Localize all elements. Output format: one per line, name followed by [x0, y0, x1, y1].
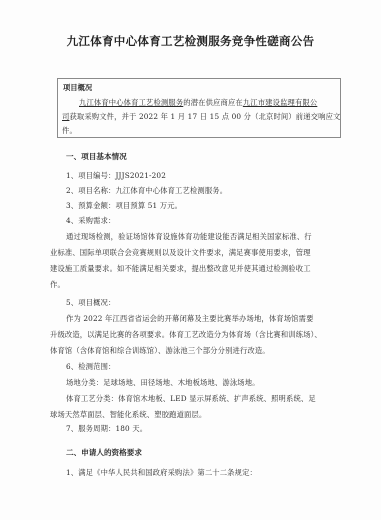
budget-amount: 3、预算金额：项目预算 51 万元。 [66, 201, 182, 211]
section1-heading: 一、项目基本情况 [66, 151, 127, 162]
service-period: 7、服务周期：180 天。 [66, 424, 147, 434]
document-page: 九江体育中心体育工艺检测服务竞争性磋商公告 项目概况 九江体育中心体育工艺检测服… [0, 0, 381, 520]
procurement-needs-heading: 4、采购需求： [66, 216, 115, 226]
scope-heading: 6、检测范围： [66, 362, 115, 372]
procurement-needs-l2: 业标准、国际单项联合会竞赛规则以及设计文件要求，满足赛事使用要求，管理 [50, 248, 311, 258]
procurement-needs-l4: 作。 [50, 280, 65, 290]
overview-line-2: 司获取采购文件，并于 2022 年 1 月 17 日 15 点 00 分（北京时… [62, 112, 340, 122]
scope-systems-l1: 体育工艺分类：体育馆木地板、LED 显示屏系统、扩声系统、照明系统、足 [66, 394, 316, 404]
procurement-needs-l3: 建设施工质量要求。如不能满足相关要求，提出整改意见并使其通过检测验收工 [50, 264, 311, 274]
overview-line-3: 件。 [62, 126, 77, 136]
project-overview-l3: 体育馆（含体育馆和综合训练馆）、游泳池三个部分分别进行改造。 [50, 346, 270, 356]
project-overview-l1: 作为 2022 年江西省省运会的开幕闭幕及主要比赛举办场地，体育场馆需要 [66, 314, 314, 324]
project-number: 1、项目编号：JJJS2021-202 [66, 171, 166, 181]
overview-heading: 项目概况 [63, 83, 92, 93]
project-overview-box: 项目概况 九江体育中心体育工艺检测服务的潜在供应商应在九江市建设监理有限公 司获… [57, 78, 341, 138]
overview-text: 的潜在供应商应在 [183, 98, 243, 107]
project-overview-l2: 升级改造，以满足比赛的各项要求。体育工艺改造分为体育场（含比赛和训练场）、 [50, 330, 322, 340]
section2-heading: 二、申请人的资格要求 [66, 447, 142, 458]
scope-systems-l2: 球场天然草面层、智能化系统、塑胶跑道面层。 [50, 410, 206, 420]
project-overview-heading: 5、项目概况： [66, 298, 115, 308]
agency-name: 九江市建设监理有限公 [243, 98, 317, 107]
project-name-link: 九江体育中心体育工艺检测服务 [79, 98, 183, 107]
procurement-needs-l1: 通过现场检测，验证场馆体育设施体育功能建设能否满足相关国家标准、行 [66, 232, 312, 242]
qualification-item-1: 1、满足《中华人民共和国政府采购法》第二十二条规定： [66, 468, 257, 478]
overview-line-1: 九江体育中心体育工艺检测服务的潜在供应商应在九江市建设监理有限公 [79, 98, 317, 108]
scope-venues: 场地分类：足球场地、田径场地、木地板场地、游泳场地。 [66, 378, 260, 388]
document-title: 九江体育中心体育工艺检测服务竞争性磋商公告 [0, 33, 381, 49]
project-name: 2、项目名称：九江体育中心体育工艺检测服务。 [66, 186, 227, 196]
overview-deadline-text: 获取采购文件，并于 2022 年 1 月 17 日 15 点 00 分（北京时间… [69, 112, 340, 121]
